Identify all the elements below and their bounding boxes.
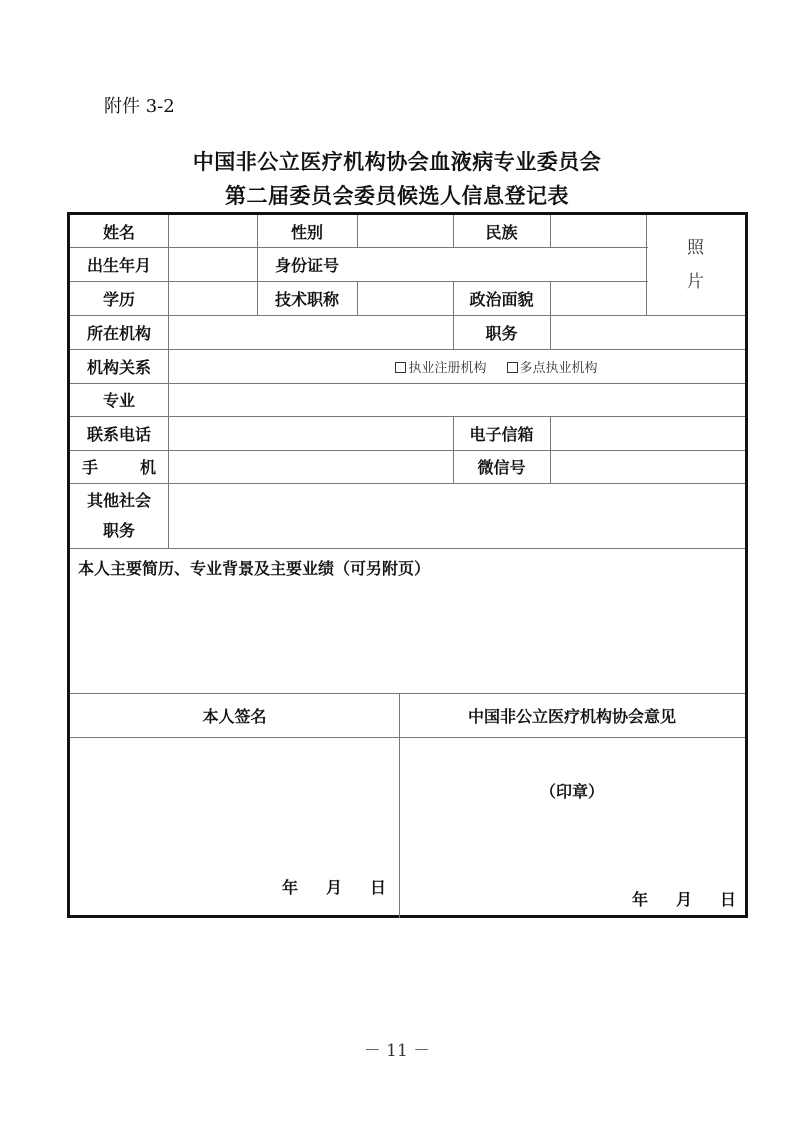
institution-label: 所在机构 xyxy=(70,315,168,349)
seal-label: （印章） xyxy=(399,775,745,805)
ethnicity-field[interactable] xyxy=(550,215,646,247)
form-title-line1: 中国非公立医疗机构协会血液病专业委员会 xyxy=(0,146,794,176)
mobile-label: 手 机 xyxy=(70,450,168,483)
tech-title-field[interactable] xyxy=(357,281,453,315)
political-field[interactable] xyxy=(550,281,646,315)
specialty-label: 专业 xyxy=(70,383,168,416)
relation-label: 机构关系 xyxy=(70,349,168,383)
option-multi-site[interactable]: 多点执业机构 xyxy=(507,357,598,376)
resume-label: 本人主要简历、专业背景及主要业绩（可另附页） xyxy=(78,556,430,579)
ethnicity-label: 民族 xyxy=(453,215,550,247)
id-label: 身份证号 xyxy=(257,247,357,281)
institution-field[interactable] xyxy=(168,315,453,349)
name-field[interactable] xyxy=(168,215,257,247)
opinion-date: 年 月 日 xyxy=(632,887,736,910)
photo-box[interactable]: 照 片 xyxy=(646,215,745,315)
signature-label: 本人签名 xyxy=(70,693,399,737)
mobile-field[interactable] xyxy=(168,450,453,483)
checkbox-icon[interactable] xyxy=(507,362,518,373)
email-label: 电子信箱 xyxy=(453,416,550,450)
attachment-label: 附件 3-2 xyxy=(104,92,175,118)
form-title-line2: 第二届委员会委员候选人信息登记表 xyxy=(0,180,794,210)
signature-date: 年 月 日 xyxy=(282,875,386,898)
education-field[interactable] xyxy=(168,281,257,315)
photo-label-char2: 片 xyxy=(687,265,704,299)
opinion-label: 中国非公立医疗机构协会意见 xyxy=(399,693,745,737)
position-field[interactable] xyxy=(550,315,745,349)
wechat-label: 微信号 xyxy=(453,450,550,483)
birth-field[interactable] xyxy=(168,247,257,281)
option-registered[interactable]: 执业注册机构 xyxy=(395,357,486,376)
resume-area[interactable]: 本人主要简历、专业背景及主要业绩（可另附页） xyxy=(70,548,745,693)
gender-field[interactable] xyxy=(357,215,453,247)
education-label: 学历 xyxy=(70,281,168,315)
photo-label-char1: 照 xyxy=(687,231,704,265)
id-field[interactable] xyxy=(357,247,646,281)
relation-options: 执业注册机构 多点执业机构 xyxy=(168,349,745,383)
page-number: － 11 － xyxy=(0,1036,794,1061)
other-duties-label: 其他社会 职务 xyxy=(70,483,168,548)
email-field[interactable] xyxy=(550,416,745,450)
birth-label: 出生年月 xyxy=(70,247,168,281)
political-label: 政治面貌 xyxy=(453,281,550,315)
phone-label: 联系电话 xyxy=(70,416,168,450)
registration-form-table: 姓名 性别 民族 出生年月 身份证号 学历 技术职称 政治面貌 照 片 所在机构… xyxy=(67,212,748,918)
position-label: 职务 xyxy=(453,315,550,349)
name-label: 姓名 xyxy=(70,215,168,247)
other-duties-field[interactable] xyxy=(168,483,745,548)
specialty-field[interactable] xyxy=(168,383,745,416)
checkbox-icon[interactable] xyxy=(395,362,406,373)
wechat-field[interactable] xyxy=(550,450,745,483)
tech-title-label: 技术职称 xyxy=(257,281,357,315)
gender-label: 性别 xyxy=(257,215,357,247)
phone-field[interactable] xyxy=(168,416,453,450)
